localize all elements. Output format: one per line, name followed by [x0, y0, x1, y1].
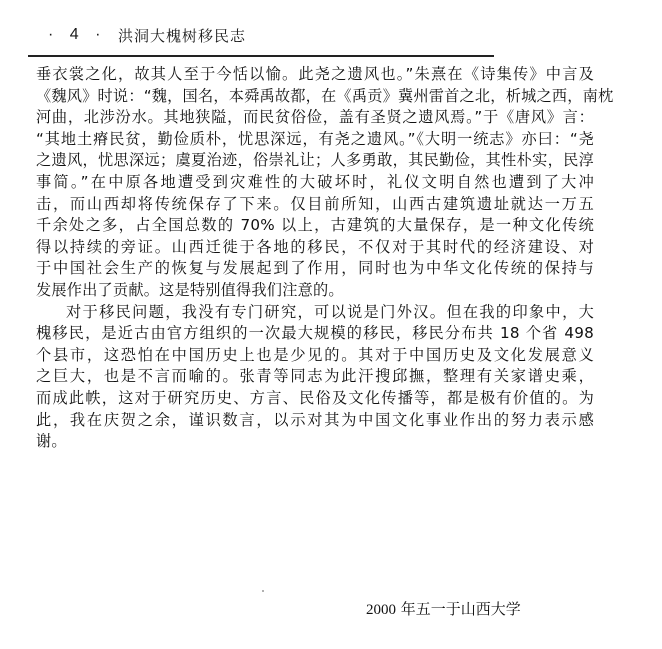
signature-text: 年五一于山西大学	[396, 600, 521, 618]
text-line: 个县市，这恐怕在中国历史上也是少见的。其对于中国历史及文化发展意义	[36, 345, 594, 367]
text-line: 《魏风》时说：“魏，国名，本舜禹故都，在《禹贡》冀州雷首之北，析城之西，南枕	[36, 86, 594, 108]
text-line: 之巨大，也是不言而喻的。张青等同志为此汗搜邱撫，整理有关家谱史乘，	[36, 366, 594, 388]
body-text: 垂衣裳之化，故其人至于今恬以愉。此尧之遗风也。”朱熹在《诗集传》中言及 《魏风》…	[36, 64, 594, 453]
signature-year: 2000	[366, 602, 396, 618]
text-line: 千余处之多，占全国总数的 70% 以上，古建筑的大量保存，是一种文化传统	[36, 215, 594, 237]
text-line: 击，而山西却将传统保存了下来。仅目前所知，山西古建筑遗址就达一万五	[36, 194, 594, 216]
text-line: 而成此帙，这对于研究历史、方言、民俗及文化传播等，都是极有价值的。为	[36, 388, 594, 410]
text-line: 谢。	[36, 431, 594, 453]
text-line: 之遗风，忧思深远；虞夏治迹，俗崇礼让；人多勇敢，其民勤俭，其性朴实，民淳	[36, 150, 594, 172]
book-title: 洪洞大槐树移民志	[118, 25, 246, 46]
text-line: 得以持续的旁证。山西迁徙于各地的移民，不仅对于其时代的经济建设、对	[36, 237, 594, 259]
text-line: 对于移民问题，我没有专门研究，可以说是门外汉。但在我的印象中，大	[36, 302, 594, 324]
text-line: 发展作出了贡献。这是特别值得我们注意的。	[36, 280, 594, 302]
scanned-book-page: · 4 · 洪洞大槐树移民志 垂衣裳之化，故其人至于今恬以愉。此尧之遗风也。”朱…	[0, 0, 662, 649]
text-line: 槐移民，是近古由官方组织的一次最大规模的移民，移民分布共 18 个省 498	[36, 323, 594, 345]
text-line: 于中国社会生产的恢复与发展起到了作用，同时也为中华文化传统的保持与	[36, 258, 594, 280]
text-line: 此，我在庆贺之余，谨识数言，以示对其为中国文化事业作出的努力表示感	[36, 410, 594, 432]
text-line: 事简。”在中原各地遭受到灾难性的大破坏时，礼仪文明自然也遭到了大冲	[36, 172, 594, 194]
paragraph-1: 垂衣裳之化，故其人至于今恬以愉。此尧之遗风也。”朱熹在《诗集传》中言及 《魏风》…	[36, 64, 594, 302]
text-line: “其地土瘠民贫，勤俭质朴，忧思深远，有尧之遗风。”《大明一统志》亦曰：“尧	[36, 129, 594, 151]
paragraph-2: 对于移民问题，我没有专门研究，可以说是门外汉。但在我的印象中，大 槐移民，是近古…	[36, 302, 594, 453]
header-rule	[28, 55, 494, 57]
running-header: · 4 · 洪洞大槐树移民志	[48, 24, 246, 46]
page-number: · 4 ·	[48, 26, 118, 44]
scan-speck	[262, 590, 264, 592]
text-line: 河曲，北涉汾水。其地狭隘，而民贫俗俭，盖有圣贤之遗风焉。”于《唐风》言：	[36, 107, 594, 129]
text-line: 垂衣裳之化，故其人至于今恬以愉。此尧之遗风也。”朱熹在《诗集传》中言及	[36, 64, 594, 86]
signature-line: 2000 年五一于山西大学	[366, 598, 521, 619]
